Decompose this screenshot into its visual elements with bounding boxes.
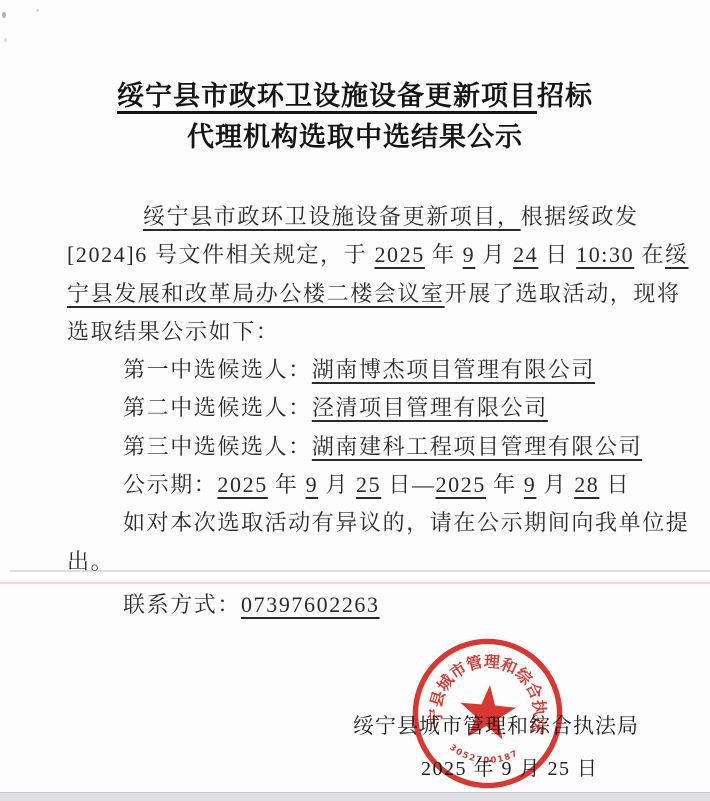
seal-star-icon: [457, 682, 517, 740]
document-title-line: 绥宁县市政环卫设施设备更新项目招标: [0, 76, 710, 117]
contact-line: 联系方式：07397602263: [67, 586, 380, 624]
scan-artifact-line: [10, 570, 710, 572]
scan-speck: [2, 12, 6, 18]
document-text-line: 第三中选候选人：湖南建科工程项目管理有限公司: [67, 428, 659, 466]
document-text-line: [2024]6 号文件相关规定，于 2025 年 9 月 24 日 10:30 …: [67, 236, 659, 274]
scanned-document-page: 绥宁县市政环卫设施设备更新项目招标代理机构选取中选结果公示 绥宁县市政环卫设施设…: [0, 0, 710, 801]
document-text-line: 第一中选候选人：湖南博杰项目管理有限公司: [67, 351, 659, 389]
document-text-line: 第二中选候选人：泾清项目管理有限公司: [67, 389, 659, 427]
document-text-line: 宁县发展和改革局办公楼二楼会议室开展了选取活动，现将: [67, 275, 659, 313]
scan-artifact-line: [0, 582, 710, 584]
document-text-line: 公示期：2025 年 9 月 25 日—2025 年 9 月 28 日: [67, 466, 659, 504]
document-text-line: 绥宁县市政环卫设施设备更新项目，根据绥政发: [67, 198, 659, 236]
document-title: 绥宁县市政环卫设施设备更新项目招标代理机构选取中选结果公示: [0, 76, 710, 158]
document-text-line: 如对本次选取活动有异议的，请在公示期间向我单位提: [67, 504, 659, 542]
official-seal: 绥宁县城市管理和综合执法局 430527001877: [404, 630, 572, 798]
scan-edge-band: [0, 792, 710, 801]
scan-speck: [4, 38, 7, 42]
document-body: 绥宁县市政环卫设施设备更新项目，根据绥政发[2024]6 号文件相关规定，于 2…: [67, 198, 659, 581]
document-text-line: 选取结果公示如下：: [67, 313, 659, 351]
document-text-line: 出。: [67, 543, 659, 581]
document-title-line: 代理机构选取中选结果公示: [0, 117, 710, 158]
scan-speck: [36, 9, 39, 12]
